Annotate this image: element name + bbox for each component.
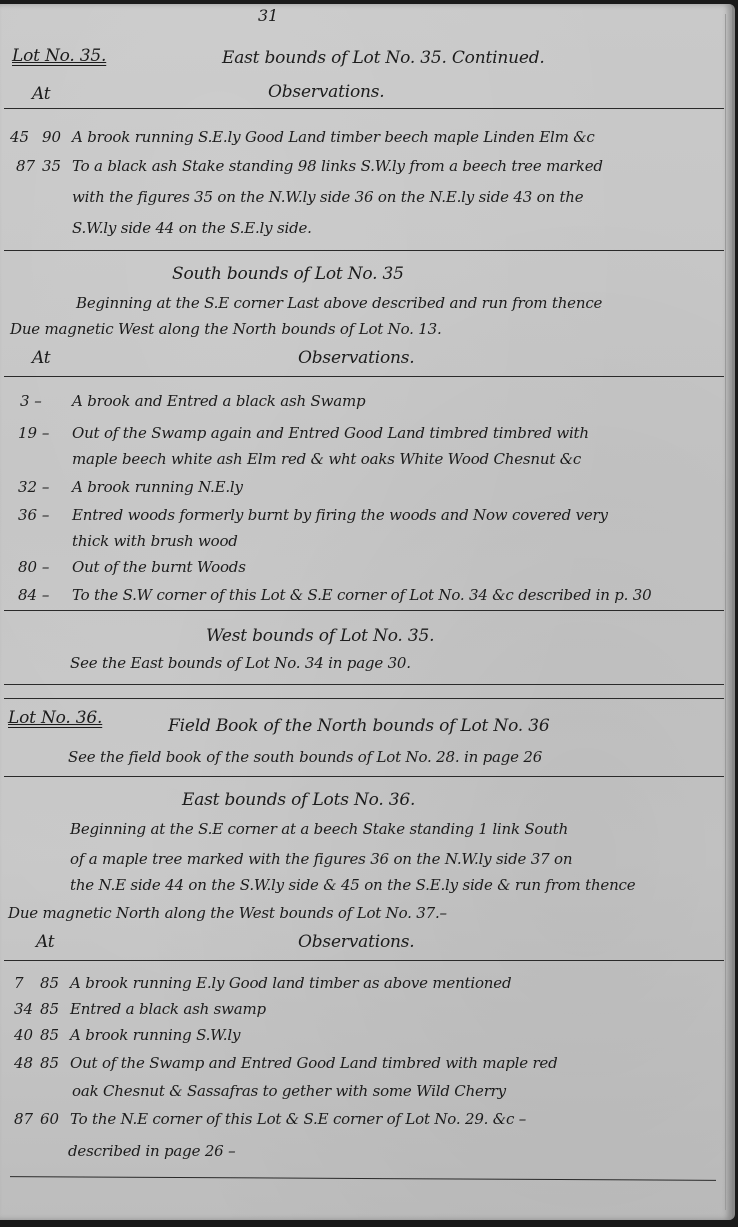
divider [4, 250, 724, 251]
observation-row: with the figures 35 on the N.W.ly side 3… [72, 188, 583, 206]
observation-row: Entred woods formerly burnt by firing th… [72, 506, 608, 524]
chains: 87 [14, 1110, 33, 1128]
observation-row: Out of the Swamp and Entred Good Land ti… [70, 1054, 558, 1072]
east-36-intro: Beginning at the S.E corner at a beech S… [70, 820, 568, 838]
observation-row: To the N.E corner of this Lot & S.E corn… [70, 1110, 526, 1128]
chains: 36 – [18, 506, 49, 524]
column-observations: Observations. [268, 82, 384, 102]
observation-row: S.W.ly side 44 on the S.E.ly side. [72, 219, 312, 237]
east-bounds-36-title: East bounds of Lots No. 36. [182, 790, 415, 810]
column-at: At [32, 84, 50, 104]
column-observations: Observations. [298, 348, 414, 368]
chains: 7 [14, 974, 24, 992]
observation-row: A brook running S.W.ly [70, 1026, 240, 1044]
observation-row: maple beech white ash Elm red & wht oaks… [72, 450, 581, 468]
links: 60 [40, 1110, 59, 1128]
north-bounds-36-title: Field Book of the North bounds of Lot No… [168, 716, 549, 736]
south-bounds-35-title: South bounds of Lot No. 35 [172, 264, 404, 284]
chains: 87 [16, 157, 35, 175]
divider [4, 776, 724, 777]
links: 85 [40, 1000, 59, 1018]
manuscript-page: 31 Lot No. 35. East bounds of Lot No. 35… [0, 4, 735, 1220]
chains: 84 – [18, 586, 49, 604]
chains: 3 – [20, 392, 42, 410]
links: 85 [40, 1054, 59, 1072]
links: 85 [40, 974, 59, 992]
observation-row: thick with brush wood [72, 532, 238, 550]
chains: 34 [14, 1000, 33, 1018]
column-at: At [32, 348, 50, 368]
links: 85 [40, 1026, 59, 1044]
observation-row: Out of the burnt Woods [72, 558, 246, 576]
chains: 19 – [18, 424, 49, 442]
divider [10, 1176, 716, 1181]
chains: 40 [14, 1026, 33, 1044]
observation-row: A brook and Entred a black ash Swamp [72, 392, 365, 410]
observation-row: To a black ash Stake standing 98 links S… [72, 157, 603, 175]
north-36-text: See the field book of the south bounds o… [68, 748, 542, 766]
observation-row: Entred a black ash swamp [70, 1000, 266, 1018]
observation-row: To the S.W corner of this Lot & S.E corn… [72, 586, 651, 604]
divider [4, 108, 724, 109]
chains: 48 [14, 1054, 33, 1072]
chains: 45 [10, 128, 29, 146]
divider [4, 376, 724, 377]
east-36-intro: the N.E side 44 on the S.W.ly side & 45 … [70, 876, 635, 894]
links: 35 [42, 157, 61, 175]
divider [4, 698, 724, 699]
chains: 80 – [18, 558, 49, 576]
observation-row: A brook running N.E.ly [72, 478, 243, 496]
south-35-intro: Beginning at the S.E corner Last above d… [76, 294, 602, 312]
divider [4, 610, 724, 611]
east-36-intro: of a maple tree marked with the figures … [70, 850, 572, 868]
observation-row: described in page 26 – [68, 1142, 235, 1160]
divider [4, 684, 724, 685]
observation-row: A brook running E.ly Good land timber as… [70, 974, 511, 992]
west-35-text: See the East bounds of Lot No. 34 in pag… [70, 654, 411, 672]
south-35-intro: Due magnetic West along the North bounds… [10, 320, 442, 338]
observation-row: Out of the Swamp again and Entred Good L… [72, 424, 589, 442]
page-number: 31 [258, 6, 278, 25]
east-bounds-35-title: East bounds of Lot No. 35. Continued. [222, 48, 545, 68]
west-bounds-35-title: West bounds of Lot No. 35. [206, 626, 434, 646]
divider [4, 960, 724, 961]
observation-row: oak Chesnut & Sassafras to gether with s… [72, 1082, 506, 1100]
observation-row: A brook running S.E.ly Good Land timber … [72, 128, 595, 146]
lot-35-label: Lot No. 35. [12, 46, 106, 66]
east-36-intro: Due magnetic North along the West bounds… [8, 904, 447, 922]
column-observations: Observations. [298, 932, 414, 952]
column-at: At [36, 932, 54, 952]
links: 90 [42, 128, 61, 146]
lot-36-label: Lot No. 36. [8, 708, 102, 728]
chains: 32 – [18, 478, 49, 496]
